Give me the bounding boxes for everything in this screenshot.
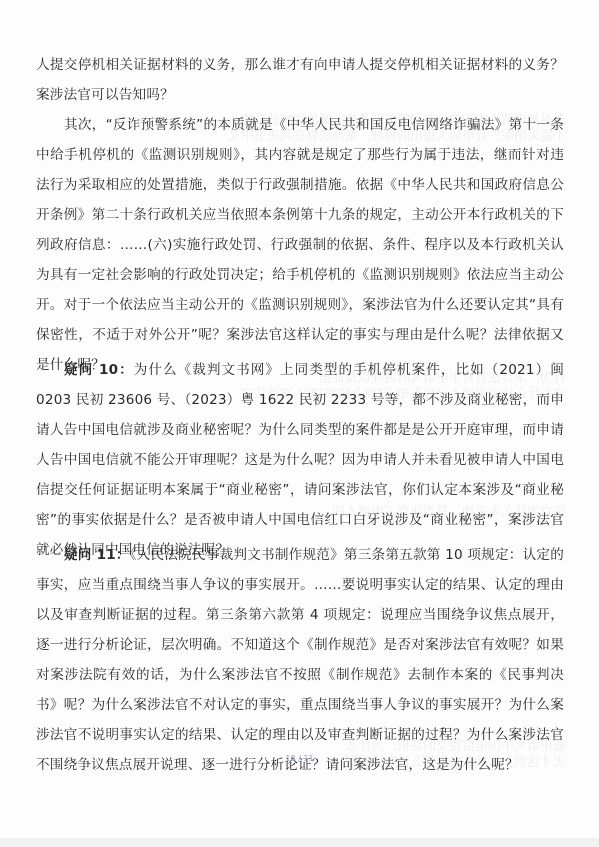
paragraph-question-10: 疑问 10：为什么《裁判文书网》上同类型的手机停机案件，比如（2021）闽 02… <box>36 355 564 565</box>
question-label: 疑问 10： <box>64 362 134 378</box>
paragraph-text: 人提交停机相关证据材料的义务，那么谁才有向申请人提交停机相关证据材料的义务？案涉… <box>36 57 564 103</box>
paragraph-continuation: 人提交停机相关证据材料的义务，那么谁才有向申请人提交停机相关证据材料的义务？案涉… <box>36 50 564 110</box>
paragraph-text: 其次，“反诈预警系统”的本质就是《中华人民共和国反电信网络诈骗法》第十一条中给手… <box>36 117 564 373</box>
page-number: 10 / 11 <box>0 754 599 763</box>
paragraph-secondly: 其次，“反诈预警系统”的本质就是《中华人民共和国反电信网络诈骗法》第十一条中给手… <box>36 110 564 380</box>
question-label: 疑问 11： <box>64 547 130 563</box>
paragraph-text: 为什么《裁判文书网》上同类型的手机停机案件，比如（2021）闽 0203 民初 … <box>36 362 564 558</box>
scanned-document-page: 么对被申请人中国电信有利的证据条文，案涉法官就采纳 不能采纳呢？且申请人提出的说… <box>0 0 599 847</box>
paragraph-question-11: 疑问 11：《人民法院民事裁判文书制作规范》第三条第五款第 10 项规定：认定的… <box>36 540 564 780</box>
paragraph-text: 《人民法院民事裁判文书制作规范》第三条第五款第 10 项规定：认定的事实，应当重… <box>36 547 564 773</box>
scan-bottom-edge <box>0 838 599 847</box>
